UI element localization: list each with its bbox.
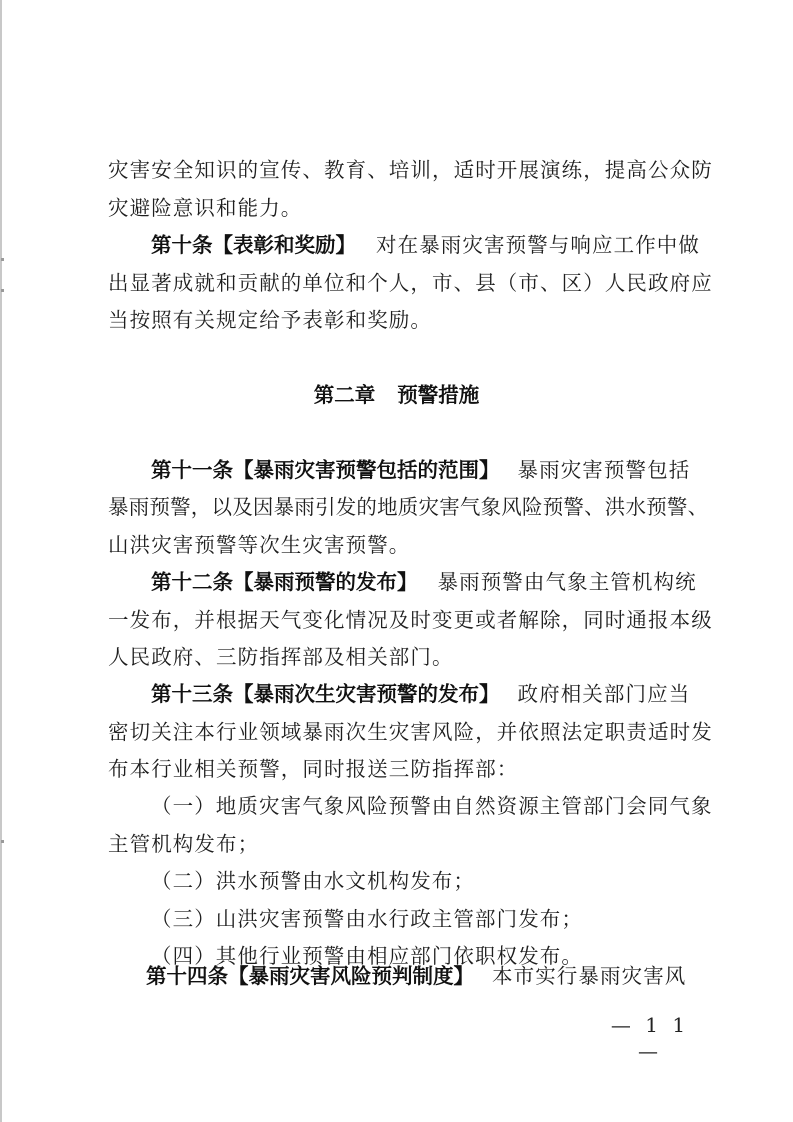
article-number: 第十条 [151,233,213,257]
chapter-heading: 第二章预警措施 [0,382,793,408]
body-line: 灾避险意识和能力。 [108,195,708,221]
body-line: 山洪灾害预警等次生灾害预警。 [108,532,708,558]
article-12-first-line: 第十二条【暴雨预警的发布】暴雨预警由气象主管机构统 [151,569,708,595]
scan-mark [1,840,4,843]
scan-mark [1,289,4,292]
article-text: 暴雨预警由气象主管机构统 [438,570,697,594]
article-14-first-line: 第十四条【暴雨灾害风险预判制度】本市实行暴雨灾害风 [146,963,703,989]
article-text: 政府相关部门应当 [518,682,691,706]
body-line: 当按照有关规定给予表彰和奖励。 [108,307,708,333]
article-number: 第十四条 [146,964,228,988]
article-number: 第十三条 [151,682,233,706]
article-title: 【暴雨灾害预警包括的范围】 [233,458,500,482]
chapter-number: 第二章 [314,383,376,407]
article-number: 第十二条 [151,570,233,594]
article-text: 暴雨灾害预警包括 [518,458,691,482]
page-number: — 1 1 — [600,1012,700,1064]
article-number: 第十一条 [151,458,233,482]
list-item: （一）地质灾害气象风险预警由自然资源主管部门会同气象 [151,793,708,819]
article-title: 【暴雨预警的发布】 [233,570,418,594]
article-title: 【暴雨灾害风险预判制度】 [228,964,474,988]
body-line: 密切关注本行业领域暴雨次生灾害风险，并依照法定职责适时发 [108,719,708,745]
article-text: 对在暴雨灾害预警与响应工作中做 [376,233,700,257]
body-line: 一发布，并根据天气变化情况及时变更或者解除，同时通报本级 [108,607,708,633]
scan-edge [0,0,2,1122]
chapter-title: 预警措施 [397,383,479,407]
article-title: 【暴雨次生灾害预警的发布】 [233,682,500,706]
article-text: 本市实行暴雨灾害风 [492,964,686,988]
list-item: （三）山洪灾害预警由水行政主管部门发布； [151,906,708,932]
body-line: 布本行业相关预警，同时报送三防指挥部： [108,756,708,782]
list-item-continuation: 主管机构发布； [108,831,708,857]
body-line: 人民政府、三防指挥部及相关部门。 [108,644,708,670]
body-line: 出显著成就和贡献的单位和个人，市、县（市、区）人民政府应 [108,270,708,296]
document-page: 灾害安全知识的宣传、教育、培训，适时开展演练，提高公众防 灾避险意识和能力。 第… [0,0,793,1122]
article-10-first-line: 第十条【表彰和奖励】对在暴雨灾害预警与响应工作中做 [151,232,708,258]
body-line: 暴雨预警，以及因暴雨引发的地质灾害气象风险预警、洪水预警、 [108,494,708,520]
article-title: 【表彰和奖励】 [213,233,357,257]
article-13-first-line: 第十三条【暴雨次生灾害预警的发布】政府相关部门应当 [151,681,708,707]
list-item: （二）洪水预警由水文机构发布； [151,868,708,894]
body-line: 灾害安全知识的宣传、教育、培训，适时开展演练，提高公众防 [108,157,708,183]
article-11-first-line: 第十一条【暴雨灾害预警包括的范围】暴雨灾害预警包括 [151,457,708,483]
scan-mark [1,258,4,261]
